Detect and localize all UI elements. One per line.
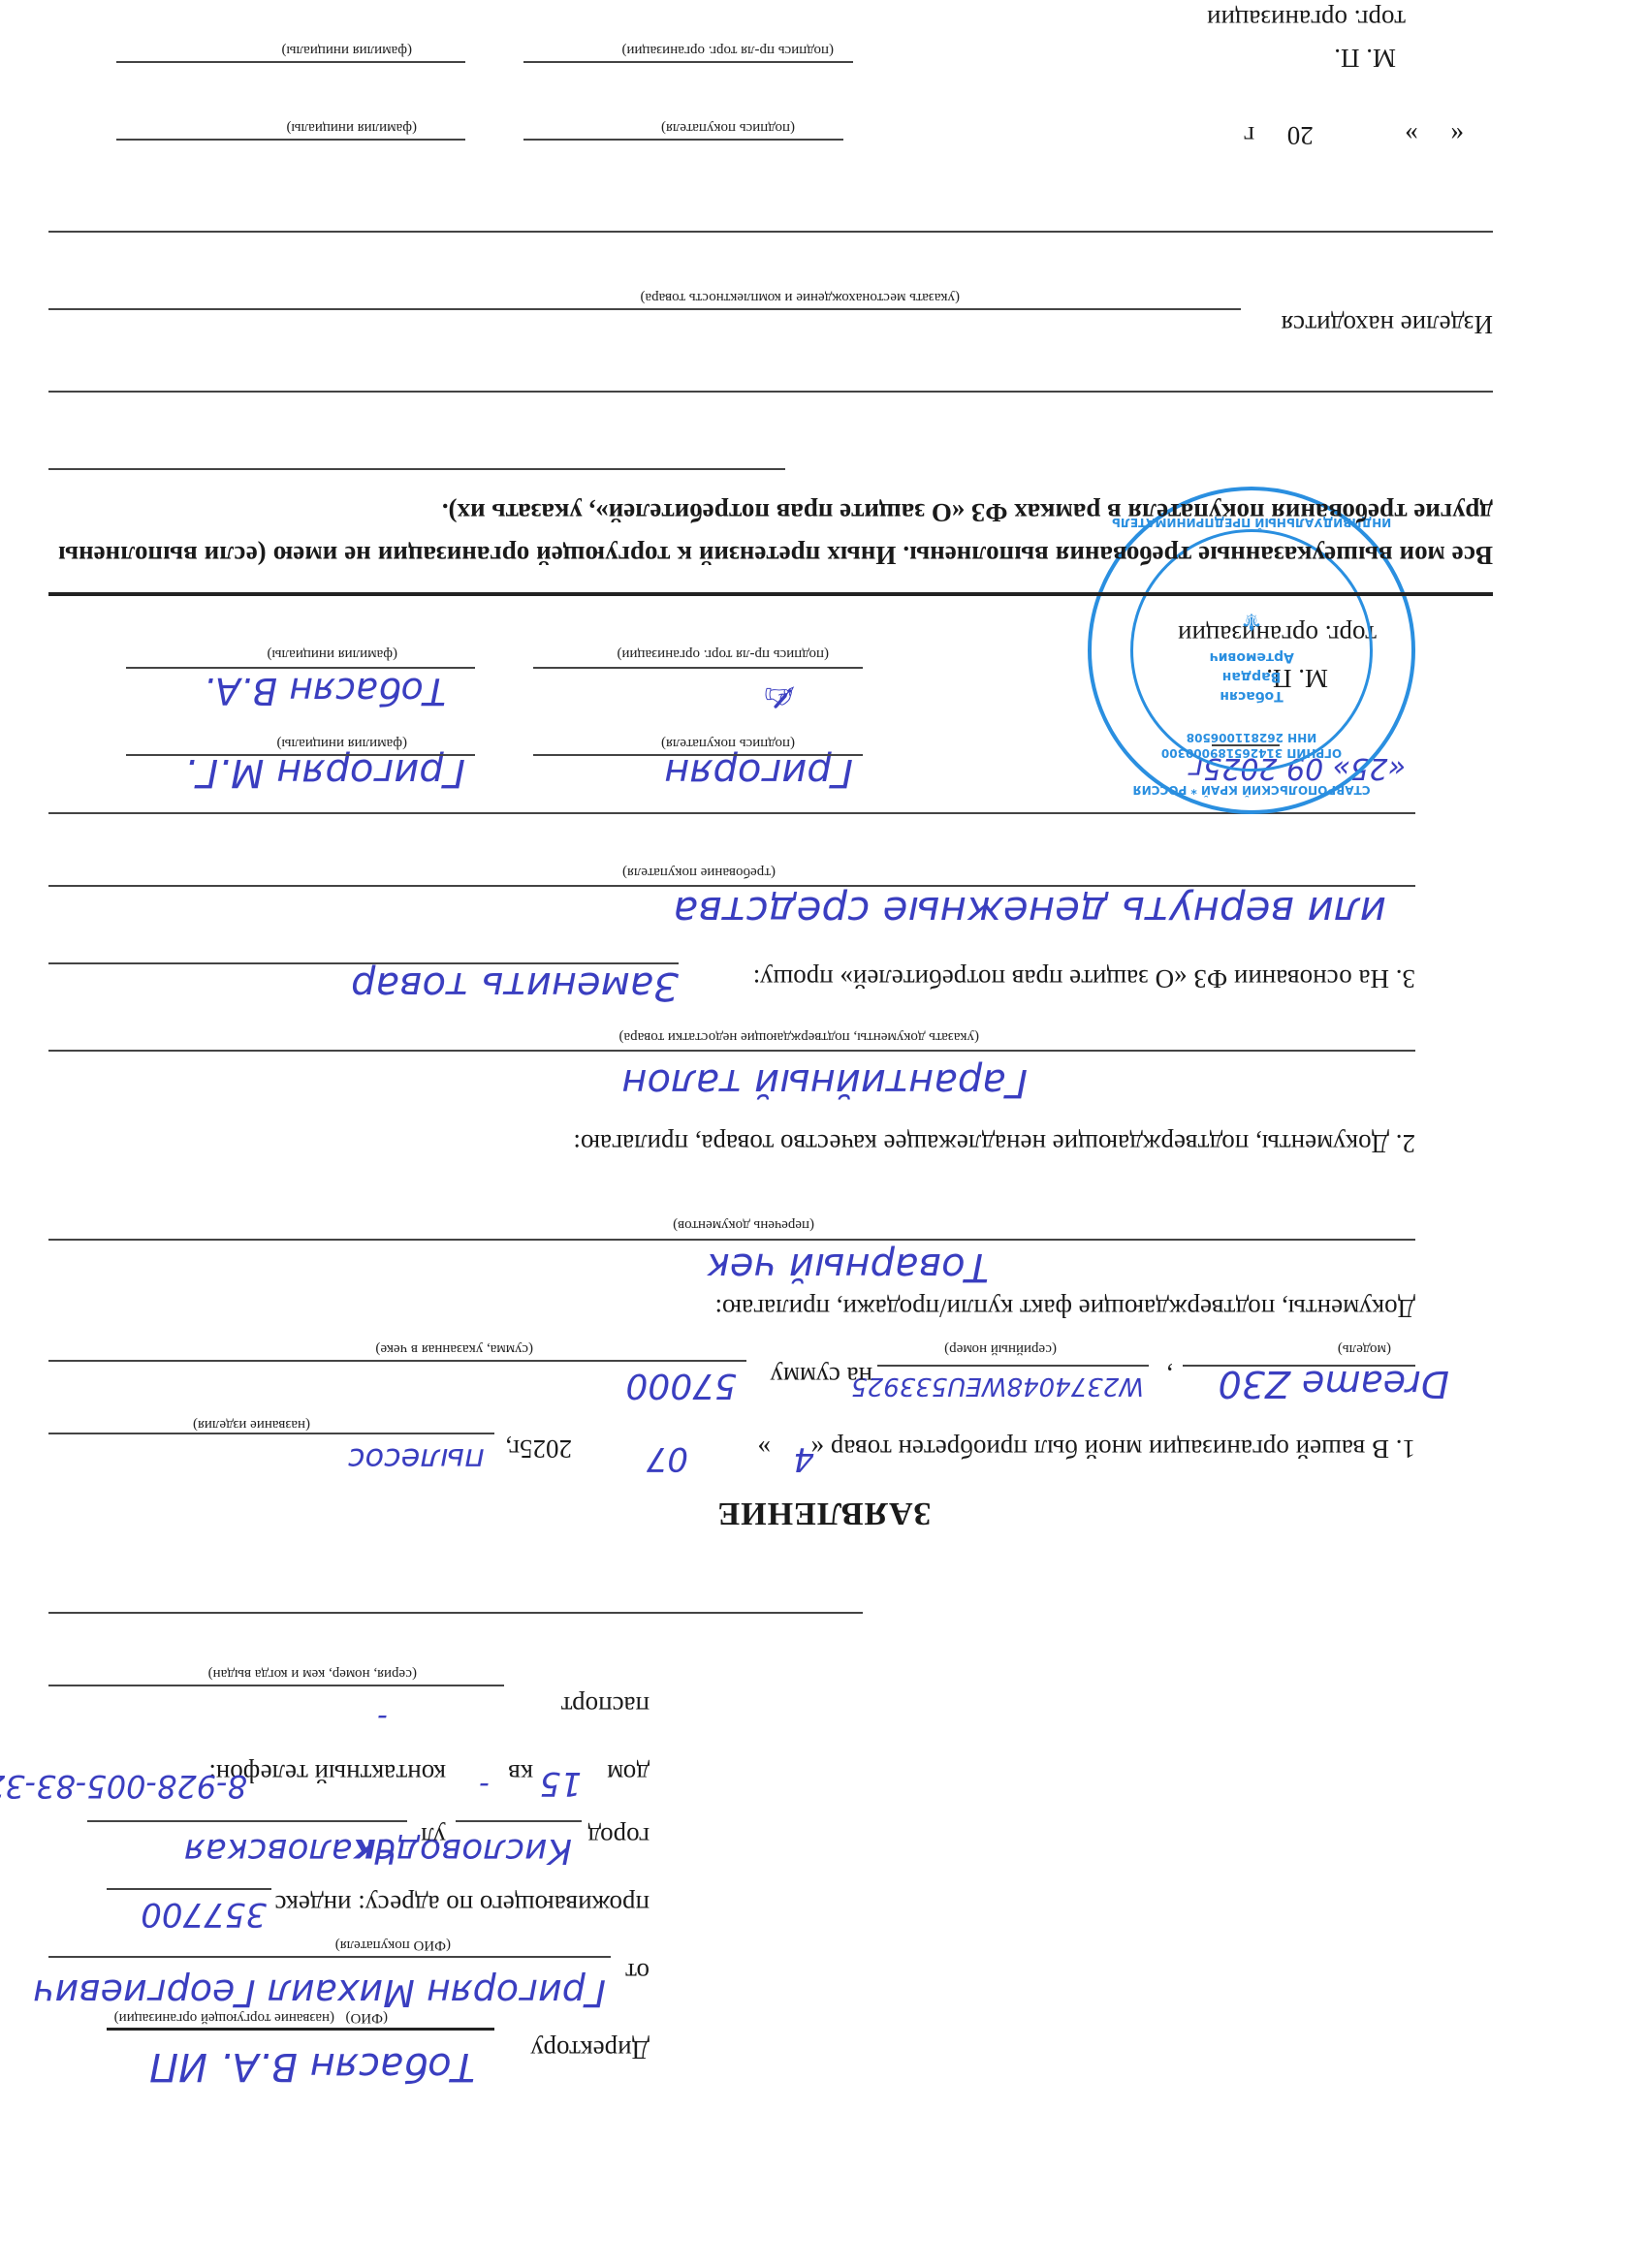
purchase-month: 07 <box>647 1439 688 1478</box>
street-line <box>87 1820 407 1822</box>
section3-line-1 <box>48 962 679 964</box>
sign1-buyer-name: Григорян М.Г. <box>184 750 465 795</box>
sign2-mp: М. П. <box>1334 43 1396 73</box>
sign2-buyer-name-caption: (фамилия инициалы) <box>286 119 417 136</box>
product-model: Dreame Z30 <box>1219 1363 1449 1405</box>
street-label: ул <box>421 1821 446 1851</box>
apt-value: - <box>479 1769 490 1803</box>
from-line <box>48 1956 611 1958</box>
location-label: Изделие находится <box>1282 309 1493 339</box>
sign2-org-sign-caption: (подпись пр-ля торг. организации) <box>621 42 834 58</box>
sign1-buyer-name-caption: (фамилия инициалы) <box>276 735 407 751</box>
sign2-date: « » 20 г <box>1244 120 1464 150</box>
section1-text-b: » <box>758 1433 772 1464</box>
sign1-org-signature: ✍ <box>764 675 795 717</box>
city-line <box>456 1820 582 1822</box>
sign1-org-sign-line <box>533 667 863 669</box>
sum-label: на сумму <box>770 1361 872 1391</box>
model-line <box>1183 1365 1415 1367</box>
docs-caption: (перечень документов) <box>673 1216 814 1233</box>
sign2-org-sign-line <box>523 61 853 63</box>
street-value: Чкаловская <box>184 1831 397 1871</box>
section2-label: 2. Документы, подтверждающие ненадлежаще… <box>573 1128 1415 1158</box>
docs-label: Документы, подтверждающие факт купли/про… <box>714 1293 1415 1323</box>
city-label: город <box>587 1821 650 1851</box>
application-form: Директору Тобасян В.А. ИП (ФИО) (названи… <box>0 0 1648 2268</box>
product-name: пылесос <box>348 1441 485 1478</box>
product-caption: (название изделия) <box>193 1416 310 1433</box>
sign2-buyer-name-line <box>116 139 465 141</box>
section2-value: Гарантийный талон <box>621 1060 1028 1105</box>
section3-label: 3. На основании ФЗ «О защите прав потреб… <box>753 963 1415 993</box>
serial-caption: (серийный номер) <box>944 1340 1057 1357</box>
house-label: дом <box>607 1758 650 1788</box>
docs-line <box>48 1239 1415 1241</box>
location-line <box>48 308 1241 310</box>
section3-caption: (требование покупателя) <box>622 864 776 880</box>
sign2-org-name-line <box>116 61 465 63</box>
section4-divider <box>48 592 1493 596</box>
stamp-name-1: Тобасян <box>1092 688 1411 704</box>
apt-label: кв <box>508 1758 533 1788</box>
sign1-org-name: Тобасян В.А. <box>204 670 446 712</box>
to-line <box>107 2028 494 2031</box>
purchase-sum: 57000 <box>625 1366 737 1405</box>
index-value: 357700 <box>141 1895 267 1934</box>
model-caption: (модель) <box>1338 1340 1391 1357</box>
sign1-buyer-sign-caption: (подпись покупателя) <box>661 735 795 751</box>
house-value: 15 <box>540 1764 582 1803</box>
stamp-ogrnip: ОГРНИП 314265189000300 <box>1092 746 1411 760</box>
passport-label: паспорт <box>561 1690 650 1720</box>
document-title: ЗАЯВЛЕНИЕ <box>0 1495 1648 1531</box>
sign1-org-sign-caption: (подпись пр-ля торг. организации) <box>617 646 829 662</box>
sum-line <box>48 1360 746 1362</box>
section1-text-a: 1. В вашей организации мной был приобрет… <box>811 1433 1415 1464</box>
section3-line-2 <box>48 885 1415 887</box>
from-caption: (ФИО покупателя) <box>335 1937 451 1953</box>
sign1-buyer-name-line <box>126 754 475 756</box>
to-value: Тобасян В.А. ИП <box>149 2044 475 2089</box>
sign1-buyer-signature: Григорян <box>664 750 853 795</box>
section1-text-c: 2025г, <box>505 1433 572 1464</box>
location-line-2 <box>48 231 1493 233</box>
sign1-org-name-line <box>126 667 475 669</box>
sign1-buyer-sign-line <box>533 754 863 756</box>
section2-line <box>48 1050 1415 1052</box>
stamp-inn: ИНН 262811006508 <box>1092 731 1411 744</box>
section4-text: Все мои вышеуказанные требования выполне… <box>58 491 1493 577</box>
section4-line-1 <box>48 468 785 470</box>
location-caption: (указать местонахождение и комплектность… <box>640 289 960 305</box>
section2-caption: (указать документы, подтверждающие недос… <box>619 1028 979 1045</box>
stamp-name-2: Вардан <box>1092 669 1411 684</box>
section3-line-3 <box>48 812 1415 814</box>
sum-caption: (сумма, указанная в чеке) <box>375 1340 533 1357</box>
stamp-name-3: Артемович <box>1092 649 1411 665</box>
sign2-org-label: торг. организации <box>1207 4 1406 34</box>
index-line <box>107 1888 271 1890</box>
sign2-buyer-sign-caption: (подпись покупателя) <box>661 119 795 136</box>
purchase-day: 4 <box>793 1439 814 1478</box>
phone-value: 8-928-005-83-32 <box>0 1768 247 1805</box>
serial-line <box>877 1365 1149 1367</box>
docs-value: Товарный чек <box>707 1244 989 1289</box>
passport-caption: (серия, номер, кем и когда выдан) <box>208 1665 417 1682</box>
passport-line <box>48 1685 504 1686</box>
sign2-buyer-sign-line <box>523 139 843 141</box>
from-label: от <box>625 1957 650 1987</box>
section3-value-1: Заменить товар <box>351 963 679 1008</box>
to-label: Директору <box>530 2034 650 2064</box>
sign1-org-name-caption: (фамилия инициалы) <box>267 646 397 662</box>
sign2-org-name-caption: (фамилия инициалы) <box>281 42 412 58</box>
address-label: проживающего по адресу: индекс <box>274 1889 650 1919</box>
serial-number: W2374048WEU533925 <box>851 1371 1144 1401</box>
stamp-outer-text: СТАВРОПОЛЬСКИЙ КРАЙ * РОССИЯ <box>1092 783 1411 797</box>
from-value: Григорян Михаил Георгиевич <box>33 1971 606 2014</box>
passport-value: - <box>377 1701 388 1735</box>
header-extra-line <box>48 1612 863 1614</box>
product-line <box>48 1433 494 1434</box>
section3-value-2: или вернуть денежные средства <box>674 888 1386 935</box>
comma: , <box>1166 1361 1173 1391</box>
stamp-emblem-icon: ⚜ <box>1092 607 1411 636</box>
section4-line-2 <box>48 391 1493 393</box>
